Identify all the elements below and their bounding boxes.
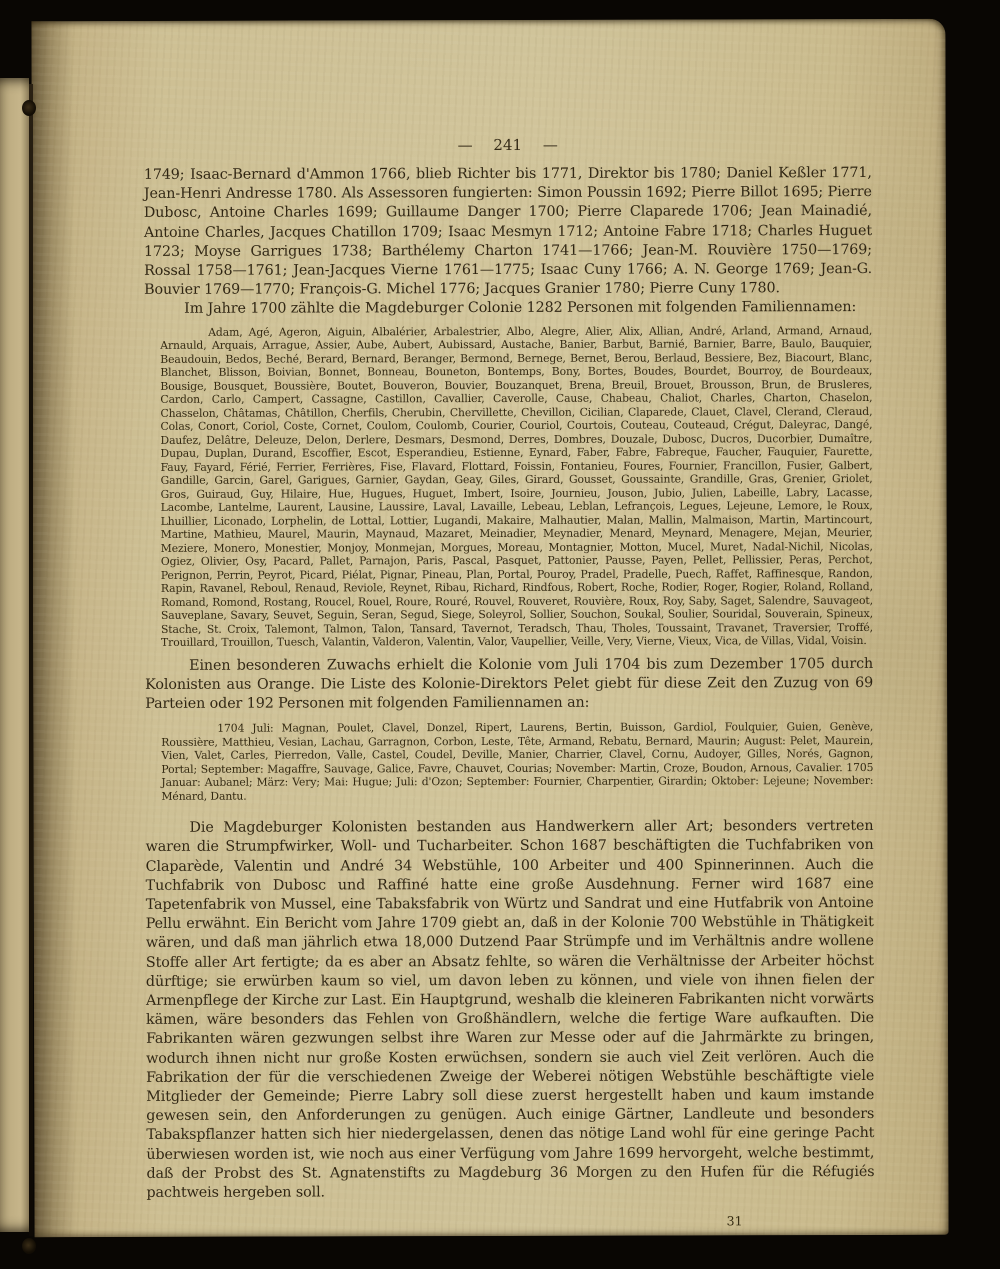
gutter-shadow <box>31 21 76 1237</box>
paragraph-orange-colonists: Einen besonderen Zuwachs erhielt die Kol… <box>145 655 873 715</box>
binding-thread <box>29 84 33 1236</box>
page-number: — 241 — <box>144 135 872 155</box>
paragraph-census-1700-intro: Im Jahre 1700 zählte die Magdeburger Col… <box>144 298 872 319</box>
family-name-list-1700: Adam, Agé, Ageron, Aiguin, Albalérier, A… <box>160 324 873 650</box>
sheet-signature-number: 31 <box>147 1213 875 1230</box>
paragraph-directors-assessors: 1749; Isaac-Bernard d'Ammon 1766, blieb … <box>144 164 872 300</box>
page-content: — 241 — 1749; Isaac-Bernard d'Ammon 1766… <box>143 19 874 1230</box>
scanned-book-photo: — 241 — 1749; Isaac-Bernard d'Ammon 1766… <box>0 0 1000 1269</box>
stitch-hole <box>22 1238 36 1254</box>
previous-page-edge <box>0 78 29 1232</box>
stitch-hole <box>22 100 36 116</box>
family-name-list-1704-1705: 1704 Juli: Magnan, Poulet, Clavel, Donze… <box>161 720 873 803</box>
book-page: — 241 — 1749; Isaac-Bernard d'Ammon 1766… <box>31 19 948 1237</box>
paragraph-industry: Die Magdeburger Kolonisten bestanden aus… <box>145 817 874 1203</box>
